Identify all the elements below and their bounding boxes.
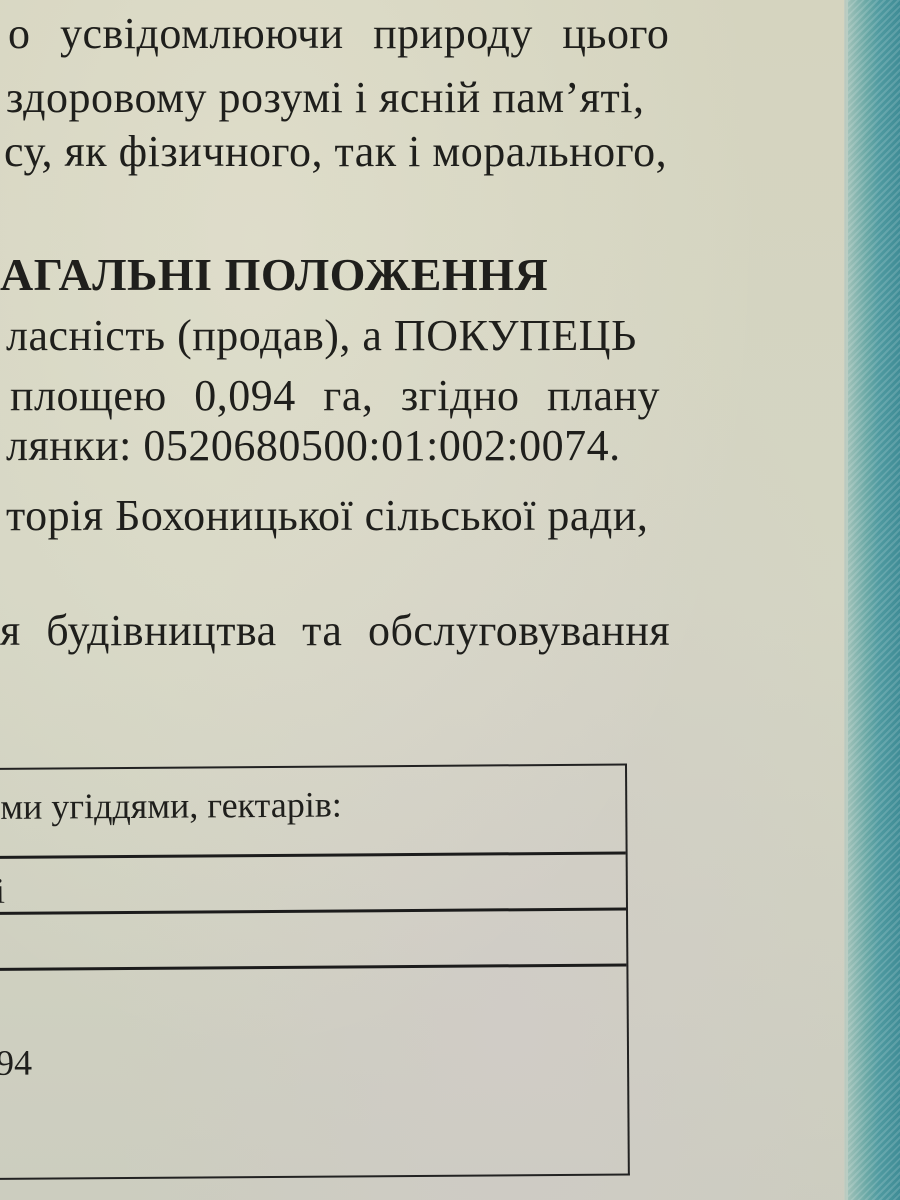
table-divider	[0, 963, 626, 971]
land-use-table: ми угіддями, гектарів: і 94	[0, 763, 630, 1180]
table-row-1: і	[0, 870, 5, 912]
section-heading: АГАЛЬНІ ПОЛОЖЕННЯ	[0, 248, 548, 301]
text-line-4: ласність (продав), а ПОКУПЕЦЬ	[6, 310, 637, 361]
table-divider	[0, 851, 626, 859]
table-row-3: 94	[0, 1042, 32, 1084]
table-divider	[0, 907, 626, 915]
text-line-3: су, як фізичного, так і морального,	[4, 126, 667, 177]
text-line-8: я будівництва та обслуговування	[0, 605, 670, 656]
table-header: ми угіддями, гектарів:	[0, 783, 342, 827]
text-line-6: лянки: 0520680500:01:002:0074.	[6, 420, 621, 471]
text-line-7: торія Бохоницької сільської ради,	[6, 490, 648, 541]
security-border-pattern	[846, 0, 900, 1200]
text-line-1: о усвідомлюючи природу цього	[8, 8, 669, 59]
text-line-5: площею 0,094 га, згідно плану	[10, 370, 660, 421]
text-line-2: здоровому розумі і ясній пам’яті,	[6, 72, 644, 123]
